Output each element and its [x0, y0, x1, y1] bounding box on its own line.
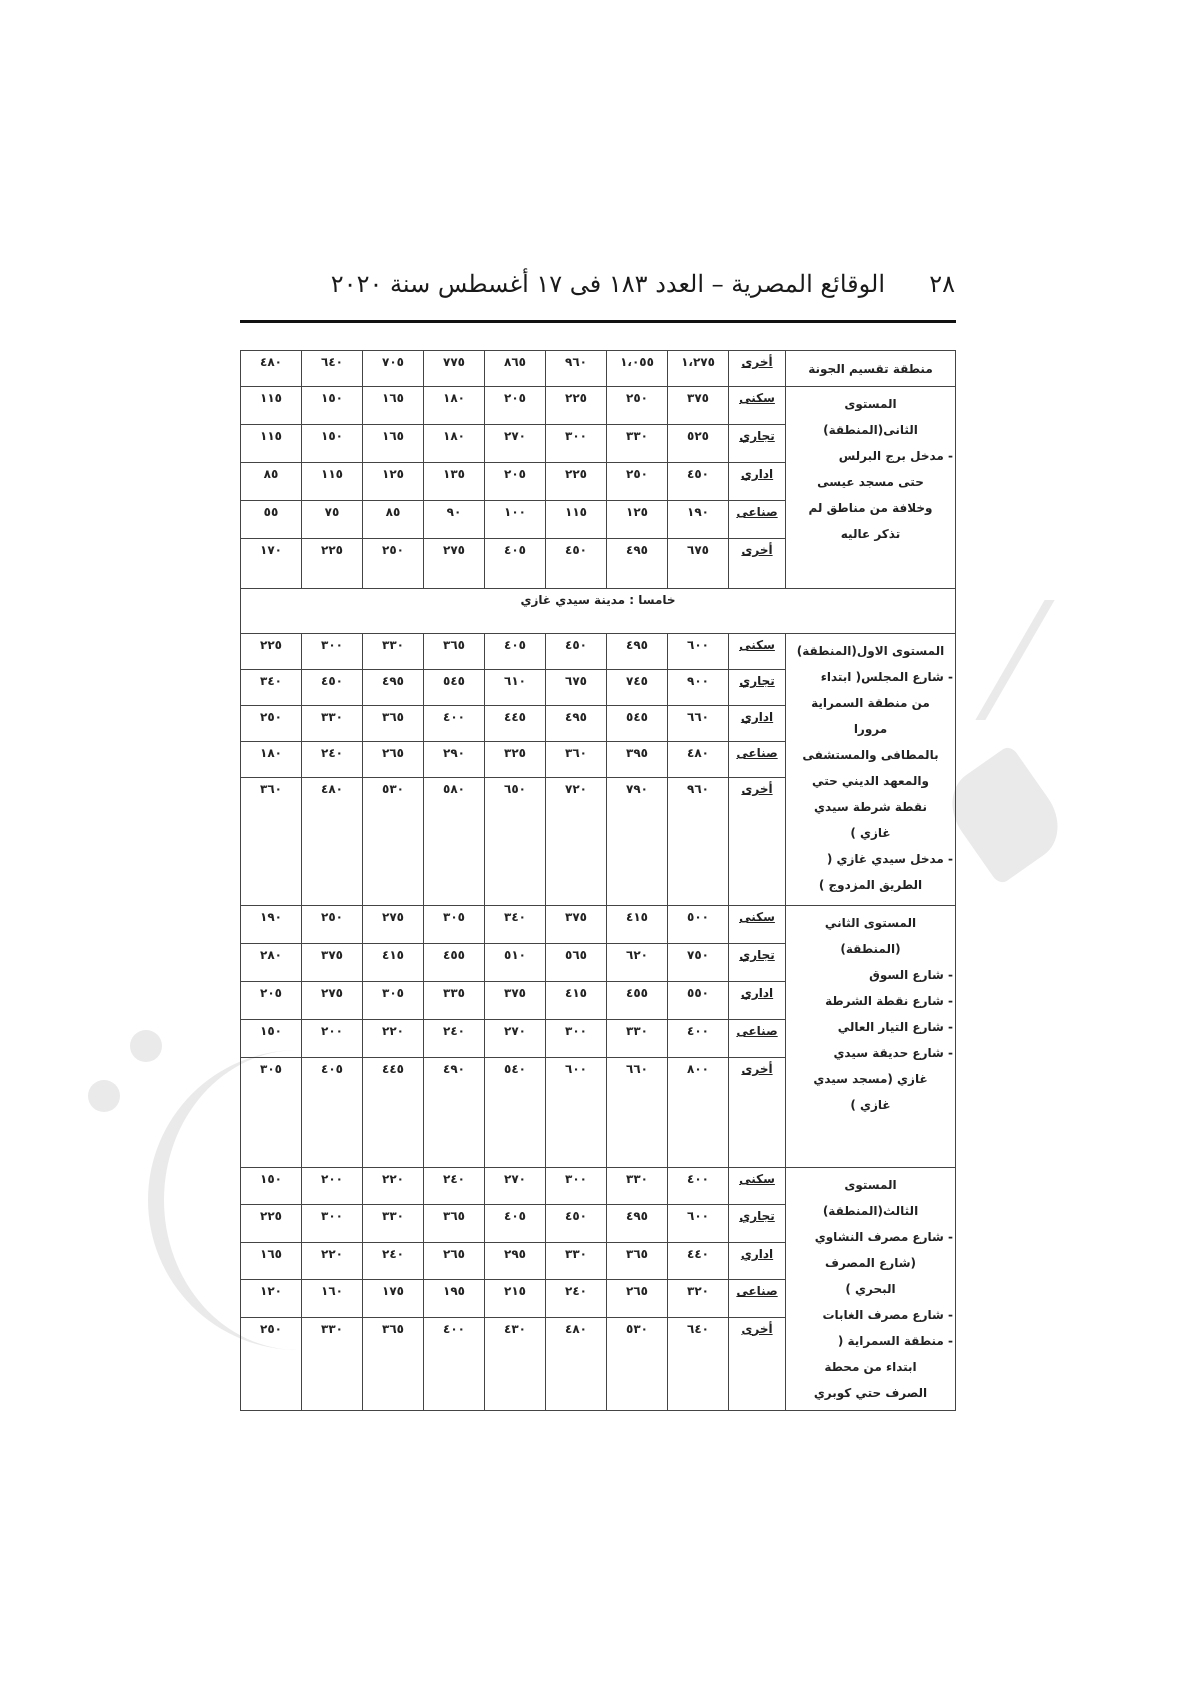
value-cell: ٥٠٠ [668, 906, 729, 944]
zone-line: المستوى الثاني [788, 910, 953, 936]
value-cell: ٤٥٥ [424, 944, 485, 982]
value-cell: ٢٠٠ [302, 1168, 363, 1205]
value-cell: ٣٣٠ [546, 1242, 607, 1279]
value-cell: ١٢٠ [241, 1280, 302, 1317]
value-cell: ٨٥ [241, 463, 302, 501]
value-cell: ٦٠٠ [668, 1205, 729, 1242]
zone-line: - شارع نقطة الشرطة [788, 988, 953, 1014]
value-cell: ٣٧٥ [302, 944, 363, 982]
value-cell: ٥٣٠ [363, 778, 424, 906]
value-cell: ٢٧٥ [424, 539, 485, 589]
value-cell: ٢٧٥ [302, 982, 363, 1020]
zone-line: وخلافة من مناطق لم [788, 495, 953, 521]
value-cell: ٩٠٠ [668, 670, 729, 706]
zone-line: مرورا [788, 716, 953, 742]
value-cell: ٦٥٠ [485, 778, 546, 906]
value-cell: ٢٤٠ [302, 742, 363, 778]
value-cell: ٥٥ [241, 501, 302, 539]
value-cell: ٥٤٥ [424, 670, 485, 706]
value-cell: ٤٠٥ [485, 634, 546, 670]
value-cell: ٤٥٠ [546, 1205, 607, 1242]
value-cell: ١٩٠ [668, 501, 729, 539]
zone-description-cell: المستوى الاول(المنطقة)- شارع المجلس( ابت… [786, 634, 956, 906]
category-cell: تجاري [729, 425, 786, 463]
value-cell: ٢٠٥ [485, 463, 546, 501]
category-cell: تجاري [729, 670, 786, 706]
value-cell: ٢٥٠ [363, 539, 424, 589]
value-cell: ٤٠٥ [485, 539, 546, 589]
value-cell: ٤٩٥ [546, 706, 607, 742]
value-cell: ٤٥٥ [607, 982, 668, 1020]
category-cell: صناعى [729, 501, 786, 539]
value-cell: ١٧٥ [363, 1280, 424, 1317]
value-cell: ٤٨٠ [302, 778, 363, 906]
category-cell: سكنى [729, 387, 786, 425]
value-cell: ٢٧٠ [485, 1020, 546, 1058]
zone-line: البحري ) [788, 1276, 953, 1302]
value-cell: ٣٣٠ [607, 1168, 668, 1205]
category-cell: أخرى [729, 539, 786, 589]
zone-cell: منطقة تقسيم الجونة [786, 351, 956, 387]
value-cell: ٢٢٠ [363, 1168, 424, 1205]
section-group: المستوى الاول(المنطقة)- شارع المجلس( ابت… [241, 634, 956, 906]
value-cell: ٦٦٠ [668, 706, 729, 742]
city-banner: خامسا : مدينة سيدي غازي [241, 589, 956, 634]
value-cell: ١٣٥ [424, 463, 485, 501]
zone-line: غازي ) [788, 820, 953, 846]
zone-line: (شارع المصرف [788, 1250, 953, 1276]
value-cell: ٥٤٠ [485, 1058, 546, 1168]
page-header: ٢٨ الوقائع المصرية – العدد ١٨٣ فى ١٧ أغس… [240, 270, 955, 310]
value-cell: ٣٠٠ [546, 425, 607, 463]
value-cell: ٢٩٠ [424, 742, 485, 778]
value-cell: ٥٤٥ [607, 706, 668, 742]
value-cell: ٢٢٥ [241, 1205, 302, 1242]
value-cell: ١٥٠ [302, 425, 363, 463]
value-cell: ٤٩٥ [363, 670, 424, 706]
value-cell: ١٦٠ [302, 1280, 363, 1317]
value-cell: ٣٦٥ [363, 1317, 424, 1411]
value-cell: ٣٦٥ [607, 1242, 668, 1279]
category-cell: أخرى [729, 1058, 786, 1168]
zone-line: تذكر عاليه [788, 521, 953, 547]
value-cell: ٢٥٠ [241, 1317, 302, 1411]
zone-line: - شارع مصرف الغابات [788, 1302, 953, 1328]
value-cell: ٣٣٠ [302, 706, 363, 742]
table-row: المستوىالثانى(المنطقة)- مدخل برج البرلسح… [241, 387, 956, 425]
value-cell: ٢٨٠ [241, 944, 302, 982]
value-cell: ١٢٥ [607, 501, 668, 539]
value-cell: ١٦٥ [363, 387, 424, 425]
category-cell: تجاري [729, 944, 786, 982]
value-cell: ٢٠٥ [485, 387, 546, 425]
zone-line: المستوى الاول(المنطقة) [788, 638, 953, 664]
value-cell: ٢٤٠ [546, 1280, 607, 1317]
value-cell: ٦٠٠ [546, 1058, 607, 1168]
value-cell: ٦٤٠ [668, 1317, 729, 1411]
value-cell: ٣٠٠ [302, 1205, 363, 1242]
value-cell: ٦٧٥ [546, 670, 607, 706]
value-cell: ٤٠٥ [302, 1058, 363, 1168]
value-cell: ٢٧٥ [363, 906, 424, 944]
category-cell: تجاري [729, 1205, 786, 1242]
section-group: المستوىالثالث(المنطقة)- شارع مصرف النشاو… [241, 1168, 956, 1411]
value-cell: ٤٠٠ [424, 706, 485, 742]
value-cell: ٤١٥ [546, 982, 607, 1020]
value-cell: ٦٦٠ [607, 1058, 668, 1168]
value-cell: ٣٣٠ [363, 1205, 424, 1242]
value-cell: ٤٤٥ [363, 1058, 424, 1168]
value-cell: ٧٠٥ [363, 351, 424, 387]
value-cell: ٩٠ [424, 501, 485, 539]
zone-line: المستوى [788, 391, 953, 417]
value-cell: ٣٧٥ [546, 906, 607, 944]
value-cell: ٤٤٠ [668, 1242, 729, 1279]
value-cell: ٤٥٠ [302, 670, 363, 706]
zone-line: من منطقة السمراية [788, 690, 953, 716]
value-cell: ٣٢٥ [485, 742, 546, 778]
value-cell: ٣٣٠ [607, 1020, 668, 1058]
value-cell: ٢٢٥ [546, 387, 607, 425]
value-cell: ٣٩٥ [607, 742, 668, 778]
value-cell: ٢٤٠ [424, 1168, 485, 1205]
zone-line: - مدخل سيدي غازي ( [788, 846, 953, 872]
value-cell: ٤٩٥ [607, 634, 668, 670]
value-cell: ٣٣٠ [302, 1317, 363, 1411]
value-cell: ٢٥٠ [607, 387, 668, 425]
table-row: المستوىالثالث(المنطقة)- شارع مصرف النشاو… [241, 1168, 956, 1205]
value-cell: ٢٦٥ [363, 742, 424, 778]
zone-line: - شارع المجلس( ابتداء [788, 664, 953, 690]
value-cell: ٤١٥ [607, 906, 668, 944]
value-cell: ١٢٥ [363, 463, 424, 501]
zone-line: - شارع التيار العالي [788, 1014, 953, 1040]
value-cell: ٣٣٠ [607, 425, 668, 463]
value-cell: ١٨٠ [424, 387, 485, 425]
zone-line: والمعهد الديني حتي [788, 768, 953, 794]
value-cell: ٧٢٠ [546, 778, 607, 906]
value-cell: ١١٥ [546, 501, 607, 539]
value-cell: ٦٠٠ [668, 634, 729, 670]
header-rule [240, 320, 956, 323]
value-cell: ٥٢٥ [668, 425, 729, 463]
section-group: المستوى الثاني(المنطقة)- شارع السوق- شار… [241, 906, 956, 1168]
value-cell: ٣٤٠ [485, 906, 546, 944]
table-row: منطقة تقسيم الجونة أخرى ١،٢٧٥ ١،٠٥٥ ٩٦٠ … [241, 351, 956, 387]
zone-line: ابتداء من محطة [788, 1354, 953, 1380]
value-cell: ٣٠٠ [546, 1168, 607, 1205]
value-cell: ٤٥٠ [546, 539, 607, 589]
value-cell: ٣٤٠ [241, 670, 302, 706]
value-cell: ١٧٠ [241, 539, 302, 589]
value-cell: ١٠٠ [485, 501, 546, 539]
value-cell: ٢١٥ [485, 1280, 546, 1317]
value-cell: ٢٠٥ [241, 982, 302, 1020]
zone-line: بالمطافى والمستشفى [788, 742, 953, 768]
value-cell: ٤٤٥ [485, 706, 546, 742]
value-cell: ٢٢٠ [302, 1242, 363, 1279]
value-cell: ٢٩٥ [485, 1242, 546, 1279]
zone-line: (المنطقة) [788, 936, 953, 962]
zone-line: حتى مسجد عيسى [788, 469, 953, 495]
category-cell: صناعى [729, 742, 786, 778]
value-cell: ٣٠٠ [302, 634, 363, 670]
value-cell: ٤٥٠ [668, 463, 729, 501]
value-cell: ٣٦٠ [546, 742, 607, 778]
value-cell: ١٦٥ [363, 425, 424, 463]
value-cell: ١٨٠ [241, 742, 302, 778]
zone-line: غازي (مسجد سيدي [788, 1066, 953, 1092]
zone-line: الطريق المزدوج ) [788, 872, 953, 898]
table-row: المستوى الاول(المنطقة)- شارع المجلس( ابت… [241, 634, 956, 670]
value-cell: ٤٩٥ [607, 539, 668, 589]
section-group: المستوىالثانى(المنطقة)- مدخل برج البرلسح… [241, 387, 956, 589]
value-cell: ٣٣٥ [424, 982, 485, 1020]
value-cell: ٥٣٠ [607, 1317, 668, 1411]
value-cell: ٨٠٠ [668, 1058, 729, 1168]
category-cell: اداري [729, 1242, 786, 1279]
value-cell: ٣٣٠ [363, 634, 424, 670]
category-cell: صناعى [729, 1020, 786, 1058]
zone-description-cell: المستوى الثاني(المنطقة)- شارع السوق- شار… [786, 906, 956, 1168]
value-cell: ٦١٠ [485, 670, 546, 706]
value-cell: ٢٢٥ [546, 463, 607, 501]
value-cell: ٨٦٥ [485, 351, 546, 387]
value-cell: ٢٢٥ [241, 634, 302, 670]
value-cell: ٣٠٥ [241, 1058, 302, 1168]
value-cell: ١٦٥ [241, 1242, 302, 1279]
value-cell: ٨٥ [363, 501, 424, 539]
zone-line: الصرف حتي كوبري [788, 1380, 953, 1406]
value-cell: ١٥٠ [302, 387, 363, 425]
value-cell: ٧٩٠ [607, 778, 668, 906]
value-cell: ١٩٠ [241, 906, 302, 944]
category-cell: صناعى [729, 1280, 786, 1317]
value-cell: ٦٧٥ [668, 539, 729, 589]
value-cell: ٩٦٠ [668, 778, 729, 906]
tariff-table: منطقة تقسيم الجونة أخرى ١،٢٧٥ ١،٠٥٥ ٩٦٠ … [240, 350, 956, 1411]
value-cell: ٤٠٥ [485, 1205, 546, 1242]
table-row: المستوى الثاني(المنطقة)- شارع السوق- شار… [241, 906, 956, 944]
value-cell: ٧٧٥ [424, 351, 485, 387]
value-cell: ٣٧٥ [485, 982, 546, 1020]
category-cell: أخرى [729, 351, 786, 387]
zone-line: - شارع حديقة سيدي [788, 1040, 953, 1066]
value-cell: ٧٥٠ [668, 944, 729, 982]
value-cell: ٦٢٠ [607, 944, 668, 982]
zone-line: الثانى(المنطقة) [788, 417, 953, 443]
value-cell: ١٩٥ [424, 1280, 485, 1317]
value-cell: ٤٠٠ [424, 1317, 485, 1411]
value-cell: ٤٨٠ [546, 1317, 607, 1411]
value-cell: ٥٥٠ [668, 982, 729, 1020]
value-cell: ٢٧٠ [485, 1168, 546, 1205]
zone-line: المستوى [788, 1172, 953, 1198]
value-cell: ٣٦٥ [424, 634, 485, 670]
zone-line: نقطة شرطة سيدي [788, 794, 953, 820]
value-cell: ٢٥٠ [302, 906, 363, 944]
page-number: ٢٨ [929, 270, 955, 298]
value-cell: ٤٨٠ [668, 742, 729, 778]
value-cell: ٣٠٠ [546, 1020, 607, 1058]
value-cell: ٢٦٥ [424, 1242, 485, 1279]
category-cell: سكنى [729, 634, 786, 670]
value-cell: ٣٢٠ [668, 1280, 729, 1317]
value-cell: ٣٦٠ [241, 778, 302, 906]
value-cell: ٣٦٥ [363, 706, 424, 742]
value-cell: ١٥٠ [241, 1020, 302, 1058]
value-cell: ١١٥ [241, 425, 302, 463]
value-cell: ١،٢٧٥ [668, 351, 729, 387]
banner-row: خامسا : مدينة سيدي غازي [241, 589, 956, 634]
zone-line: - منطقة السمراية ( [788, 1328, 953, 1354]
value-cell: ٤٨٠ [241, 351, 302, 387]
value-cell: ٥٦٥ [546, 944, 607, 982]
category-cell: سكنى [729, 906, 786, 944]
zone-description-cell: المستوىالثانى(المنطقة)- مدخل برج البرلسح… [786, 387, 956, 589]
value-cell: ٩٦٠ [546, 351, 607, 387]
category-cell: أخرى [729, 778, 786, 906]
value-cell: ٤٣٠ [485, 1317, 546, 1411]
value-cell: ٤٠٠ [668, 1020, 729, 1058]
category-cell: أخرى [729, 1317, 786, 1411]
value-cell: ٣٧٥ [668, 387, 729, 425]
value-cell: ١٥٠ [241, 1168, 302, 1205]
value-cell: ٤٥٠ [546, 634, 607, 670]
value-cell: ٦٤٠ [302, 351, 363, 387]
value-cell: ٢٧٠ [485, 425, 546, 463]
category-cell: اداري [729, 463, 786, 501]
category-cell: اداري [729, 706, 786, 742]
value-cell: ٢٤٠ [424, 1020, 485, 1058]
zone-line: - شارع مصرف النشاوي [788, 1224, 953, 1250]
value-cell: ٧٥ [302, 501, 363, 539]
page-title: الوقائع المصرية – العدد ١٨٣ فى ١٧ أغسطس … [331, 270, 885, 298]
value-cell: ٢٥٠ [607, 463, 668, 501]
zone-description-cell: المستوىالثالث(المنطقة)- شارع مصرف النشاو… [786, 1168, 956, 1411]
zone-line: - مدخل برج البرلس [788, 443, 953, 469]
value-cell: ٢٤٠ [363, 1242, 424, 1279]
value-cell: ١٨٠ [424, 425, 485, 463]
category-cell: سكنى [729, 1168, 786, 1205]
value-cell: ٤٩٠ [424, 1058, 485, 1168]
value-cell: ٣٠٥ [363, 982, 424, 1020]
zone-line: الثالث(المنطقة) [788, 1198, 953, 1224]
value-cell: ٢٥٠ [241, 706, 302, 742]
value-cell: ٢٢٥ [302, 539, 363, 589]
value-cell: ٧٤٥ [607, 670, 668, 706]
zone-line: - شارع السوق [788, 962, 953, 988]
value-cell: ٣٠٥ [424, 906, 485, 944]
value-cell: ١١٥ [241, 387, 302, 425]
value-cell: ١١٥ [302, 463, 363, 501]
value-cell: ٥٨٠ [424, 778, 485, 906]
value-cell: ٤١٥ [363, 944, 424, 982]
value-cell: ١،٠٥٥ [607, 351, 668, 387]
value-cell: ٤٠٠ [668, 1168, 729, 1205]
value-cell: ٢٦٥ [607, 1280, 668, 1317]
value-cell: ٥١٠ [485, 944, 546, 982]
value-cell: ٢٠٠ [302, 1020, 363, 1058]
value-cell: ٣٦٥ [424, 1205, 485, 1242]
category-cell: اداري [729, 982, 786, 1020]
value-cell: ٢٢٠ [363, 1020, 424, 1058]
zone-line: غازي ) [788, 1092, 953, 1118]
value-cell: ٤٩٥ [607, 1205, 668, 1242]
